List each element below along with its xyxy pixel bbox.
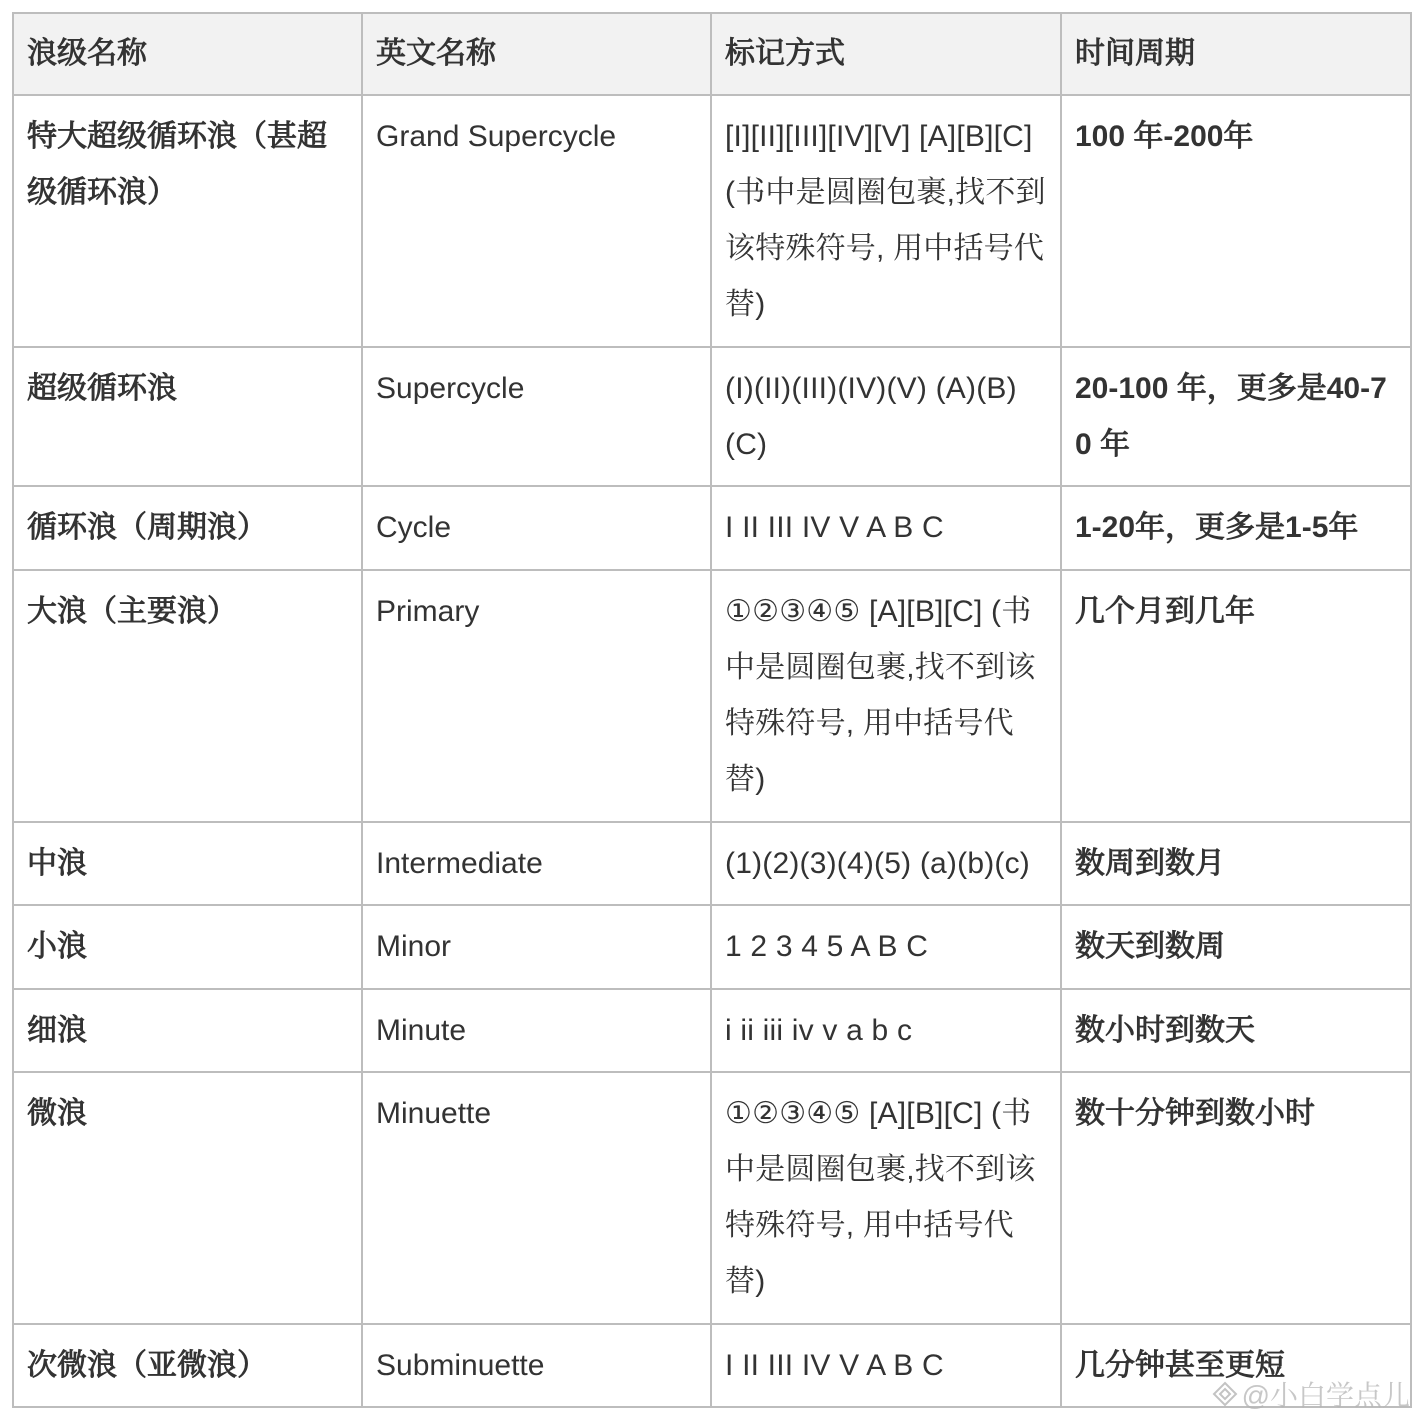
cell-cn-name: 小浪 bbox=[13, 905, 362, 989]
table-row: 细浪 Minute i ii iii iv v a b c 数小时到数天 bbox=[13, 989, 1411, 1072]
cell-en-name: Grand Supercycle bbox=[362, 95, 711, 347]
cell-en-name: Subminuette bbox=[362, 1324, 711, 1407]
cell-notation: i ii iii iv v a b c bbox=[711, 989, 1061, 1072]
table-row: 次微浪（亚微浪） Subminuette I II III IV V A B C… bbox=[13, 1324, 1411, 1407]
cell-en-name: Supercycle bbox=[362, 347, 711, 486]
header-time-period: 时间周期 bbox=[1061, 13, 1411, 95]
cell-period: 1-20年，更多是1-5年 bbox=[1061, 486, 1411, 570]
table-row: 循环浪（周期浪） Cycle I II III IV V A B C 1-20年… bbox=[13, 486, 1411, 570]
cell-en-name: Minor bbox=[362, 905, 711, 989]
cell-cn-name: 超级循环浪 bbox=[13, 347, 362, 486]
cell-cn-name: 大浪（主要浪） bbox=[13, 570, 362, 822]
header-wave-degree-name: 浪级名称 bbox=[13, 13, 362, 95]
cell-period: 数天到数周 bbox=[1061, 905, 1411, 989]
cell-en-name: Intermediate bbox=[362, 822, 711, 905]
cell-period: 几个月到几年 bbox=[1061, 570, 1411, 822]
cell-en-name: Minuette bbox=[362, 1072, 711, 1324]
wave-degree-table: 浪级名称 英文名称 标记方式 时间周期 特大超级循环浪（甚超级循环浪） Gran… bbox=[12, 12, 1412, 1408]
cell-en-name: Cycle bbox=[362, 486, 711, 570]
cell-en-name: Minute bbox=[362, 989, 711, 1072]
cell-cn-name: 次微浪（亚微浪） bbox=[13, 1324, 362, 1407]
table-row: 中浪 Intermediate (1)(2)(3)(4)(5) (a)(b)(c… bbox=[13, 822, 1411, 905]
table-row: 小浪 Minor 1 2 3 4 5 A B C 数天到数周 bbox=[13, 905, 1411, 989]
cell-cn-name: 循环浪（周期浪） bbox=[13, 486, 362, 570]
cell-notation: (1)(2)(3)(4)(5) (a)(b)(c) bbox=[711, 822, 1061, 905]
cell-period: 数十分钟到数小时 bbox=[1061, 1072, 1411, 1324]
table-row: 微浪 Minuette ①②③④⑤ [A][B][C] (书中是圆圈包裹,找不到… bbox=[13, 1072, 1411, 1324]
cell-period: 20-100 年，更多是40-70 年 bbox=[1061, 347, 1411, 486]
table-row: 超级循环浪 Supercycle (I)(II)(III)(IV)(V) (A)… bbox=[13, 347, 1411, 486]
cell-cn-name: 特大超级循环浪（甚超级循环浪） bbox=[13, 95, 362, 347]
cell-notation: 1 2 3 4 5 A B C bbox=[711, 905, 1061, 989]
cell-cn-name: 细浪 bbox=[13, 989, 362, 1072]
cell-en-name: Primary bbox=[362, 570, 711, 822]
table-header-row: 浪级名称 英文名称 标记方式 时间周期 bbox=[13, 13, 1411, 95]
header-notation: 标记方式 bbox=[711, 13, 1061, 95]
cell-period: 100 年-200年 bbox=[1061, 95, 1411, 347]
cell-period: 数小时到数天 bbox=[1061, 989, 1411, 1072]
cell-notation: [I][II][III][IV][V] [A][B][C] (书中是圆圈包裹,找… bbox=[711, 95, 1061, 347]
table-row: 特大超级循环浪（甚超级循环浪） Grand Supercycle [I][II]… bbox=[13, 95, 1411, 347]
cell-notation: I II III IV V A B C bbox=[711, 486, 1061, 570]
cell-period: 数周到数月 bbox=[1061, 822, 1411, 905]
cell-notation: ①②③④⑤ [A][B][C] (书中是圆圈包裹,找不到该特殊符号, 用中括号代… bbox=[711, 570, 1061, 822]
cell-notation: I II III IV V A B C bbox=[711, 1324, 1061, 1407]
header-english-name: 英文名称 bbox=[362, 13, 711, 95]
cell-cn-name: 微浪 bbox=[13, 1072, 362, 1324]
cell-notation: (I)(II)(III)(IV)(V) (A)(B)(C) bbox=[711, 347, 1061, 486]
table-row: 大浪（主要浪） Primary ①②③④⑤ [A][B][C] (书中是圆圈包裹… bbox=[13, 570, 1411, 822]
cell-notation: ①②③④⑤ [A][B][C] (书中是圆圈包裹,找不到该特殊符号, 用中括号代… bbox=[711, 1072, 1061, 1324]
cell-cn-name: 中浪 bbox=[13, 822, 362, 905]
cell-period: 几分钟甚至更短 bbox=[1061, 1324, 1411, 1407]
